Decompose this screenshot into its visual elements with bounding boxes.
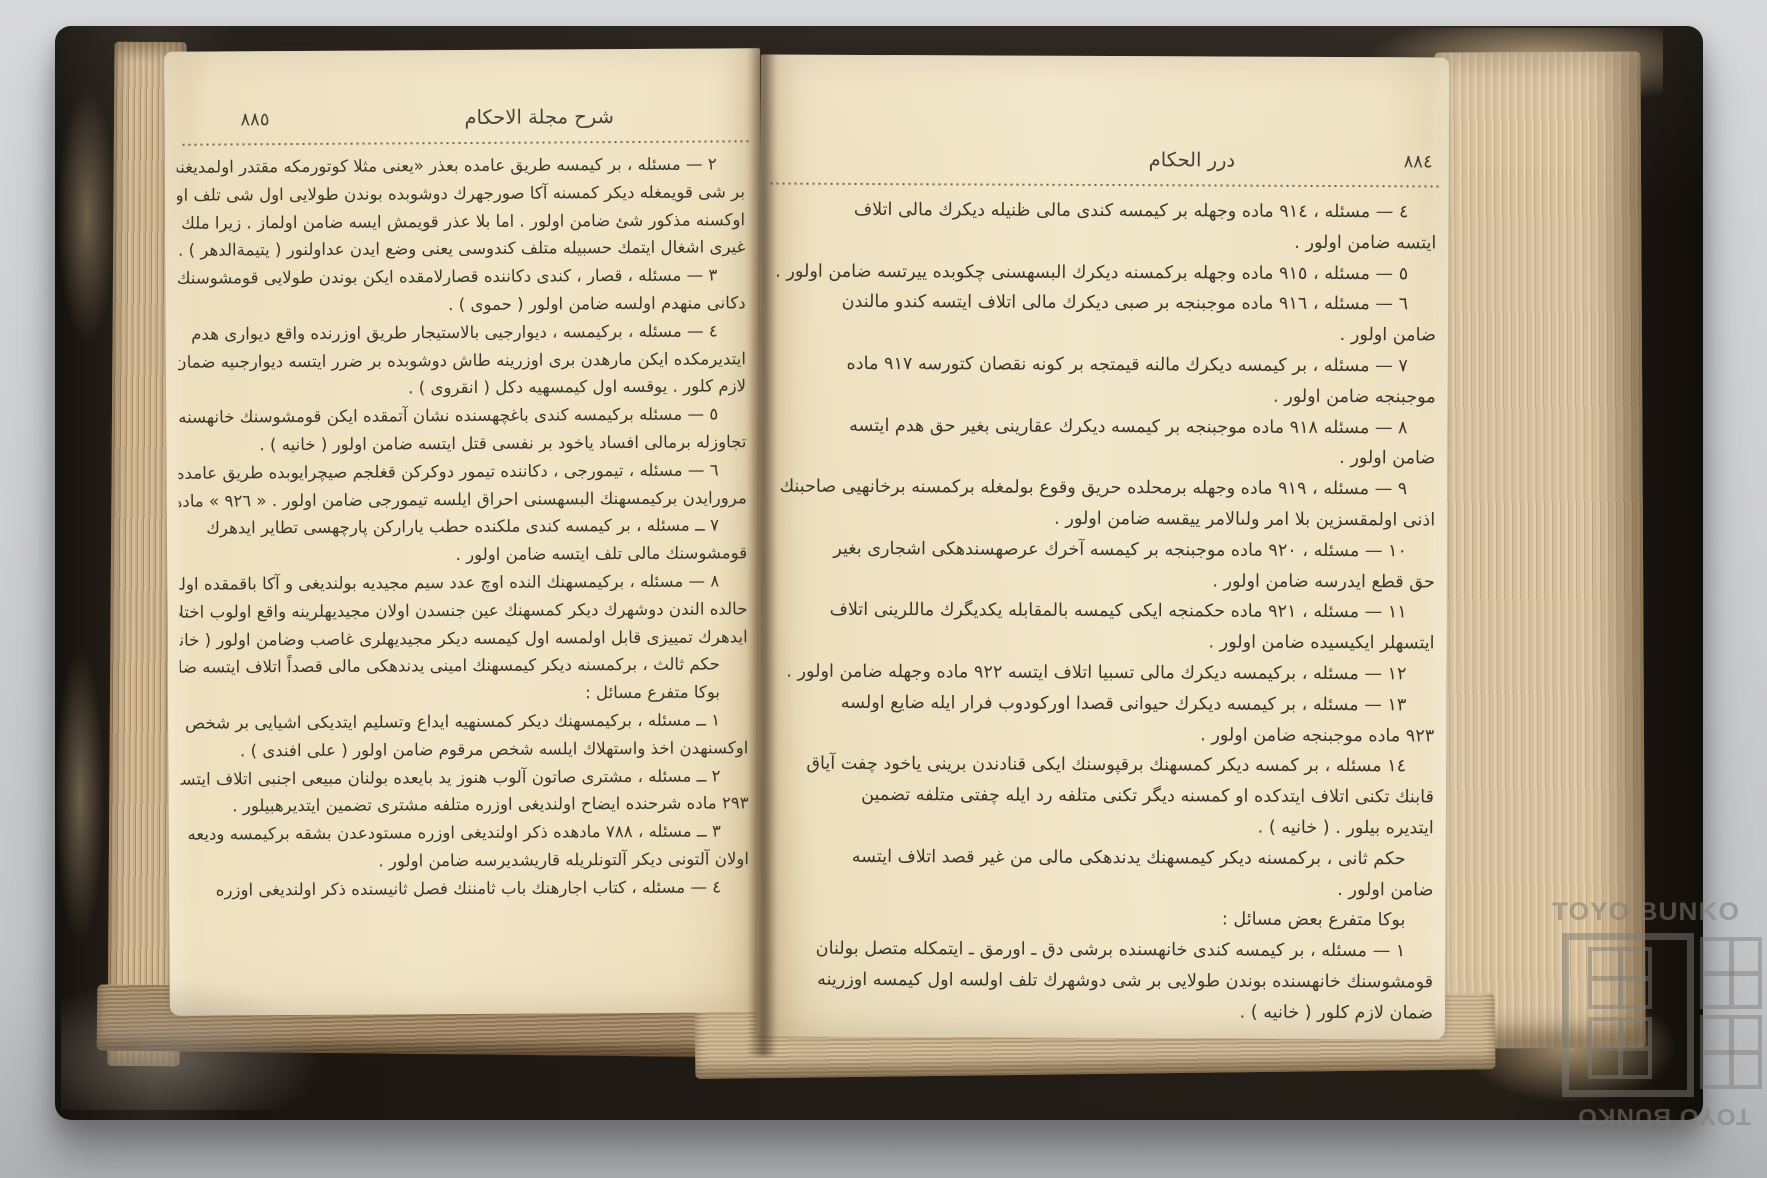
left-page-header: ٨٨٥ شرح مجلة الاحكام [164,104,760,138]
text-line: حق قطع ايدرسه ضامن اولور . [769,564,1435,598]
text-line: حكم ثالث ، بركمسنه ديكر كيمسهنك امينى يد… [180,651,748,682]
text-line: بر شى قويمغله ديكر كمسنه آكا صورجهرك دوش… [177,178,745,209]
left-page-text: ٢ — مسئله ، بر كيمسه طريق عامده بعذر «يع… [177,150,750,904]
text-line: بوكا متفرع بعض مسائل : [767,903,1433,937]
text-line: حكم ثانى ، بركمسنه ديكر كيمسهنك يدندهكى … [768,841,1434,875]
cover-wear-patch [57,86,117,346]
text-line: قومشوسنك مالى تلف ايتسه ضامن اولور . [179,539,747,570]
left-page: ٨٨٥ شرح مجلة الاحكام ٢ — مسئله ، بر كيمس… [164,48,766,1016]
text-line: ٩ — مسئله ، ٩١٩ ماده وجهله برمحلده حريق … [769,472,1435,506]
right-page-text: ٤ — مسئله ، ٩١٤ ماده وجهله بر كيمسه كندى… [767,195,1437,1029]
text-line: لازم كلور . يوقسه اول كيمسهيه دكل ( انقر… [178,373,746,404]
text-line: ضمان لازم كلور ( خانيه ) . [767,995,1433,1029]
text-line: ضامن اولور . [770,318,1436,352]
text-line: ٧ — مسئله ، بر كيمسه ديكرك مالنه قيمتجه … [770,349,1436,383]
right-page: درر الحكام ٨٨٤ ٤ — مسئله ، ٩١٤ ماده وجهل… [757,55,1449,1040]
text-line: ١١ — مسئله ، ٩٢١ ماده حكمنجه ايكى كيمسه … [769,595,1435,629]
text-line: اوكسنه مذكور شئ ضامن اولور . اما بلا عذر… [177,206,745,237]
left-page-title: شرح مجلة الاحكام [464,105,614,129]
text-line: اولان آلتونى ديكر آلتونلريله قاريشديرسه … [181,845,749,876]
header-rule [771,183,1441,188]
seal-glyph [1588,1017,1652,1079]
text-line: حالده الندن دوشهرك ديكر كمسهنك عين جنسدن… [179,595,747,626]
text-line: ٣ — مسئله ، قصار ، كندى دكاننده قصارلامق… [177,261,745,292]
text-line: ٥ — مسئله ، ٩١٥ ماده وجهله بركمسنه ديكرك… [770,256,1436,290]
watermark-text-top: TOYO BUNKO [1552,898,1767,927]
text-line: ايتديرمكده ايكن مارهدن برى اوزرينه طاش د… [178,345,746,376]
text-line: ١ — مسئله ، بر كيمسه كندى خانهسنده برشى … [767,934,1433,968]
text-line: مرورايدن بركيمسهنك البسهسنى احراق ايلسه … [179,484,747,515]
text-line: ايدهرك تمييزى قابل اولمسه اول كيمسه ديكر… [180,623,748,654]
text-line: ٤ — مسئله ، ٩١٤ ماده وجهله بر كيمسه كندى… [770,195,1436,229]
text-line: قومشوسنك خانهسنده بوندن طولايى بر شى دوش… [767,964,1433,998]
text-line: قابنك تكنى اتلاف ايتدكده او كمسنه ديگر ت… [768,780,1434,814]
text-line: ٤ — مسئله ، كتاب اجارهنك باب ثامننك فصل … [181,873,749,904]
text-line: غيرى اشغال ايتمك حسبيله متلف كندوسى يعنى… [177,234,745,265]
text-line: ٨ — مسئله ، بركيمسهنك النده اوچ عدد سيم … [179,567,747,598]
text-line: اوكسنهدن اخذ واستهلاك ايلسه شخص مرقوم ضا… [180,734,748,765]
right-page-header: درر الحكام ٨٨٤ [761,147,1449,180]
right-page-title: درر الحكام [1149,148,1236,171]
text-line: اذنى اولمقسزين بلا امر ولىالامر ييقسه ضا… [769,503,1435,537]
text-line: ٩٢٣ ماده موجبنجه ضامن اولور . [768,718,1434,752]
seal-glyph [1588,947,1652,1009]
text-line: ٨ — مسئله ٩١٨ ماده موجبنجه بر كيمسه ديكر… [769,410,1435,444]
header-rule [183,140,749,145]
text-line: ٦ — مسئله ، تيمورجى ، دكاننده تيمور دوكر… [179,456,747,487]
text-line: ٢٩٣ ماده شرحنده ايضاح اولنديغى اوزره متل… [181,790,749,821]
right-page-number: ٨٨٤ [1404,151,1433,172]
text-line: دكانى منهدم اولسه ضامن اولور ( حموى ) . [178,289,746,320]
text-line: ايتسهلر ايكيسيده ضامن اولور . [769,626,1435,660]
text-line: ١٠ — مسئله ، ٩٢٠ ماده موجبنجه بر كيمسه آ… [769,533,1435,567]
book: ٨٨٥ شرح مجلة الاحكام ٢ — مسئله ، بر كيمس… [55,26,1703,1120]
text-line: ٧ ــ مسئله ، بر كيمسه كندى ملكنده حطب يا… [179,512,747,543]
text-line: موجبنجه ضامن اولور . [770,379,1436,413]
watermark-text-bottom: TOYO BUNKO [1547,1103,1751,1130]
library-seal-stamp [1552,933,1762,1091]
seal-glyph [1700,1015,1762,1089]
left-page-number: ٨٨٥ [240,109,269,130]
library-watermark: TOYO BUNKO TOYO BUNKO [1552,898,1767,1158]
text-line: ٢ ــ مسئله ، مشترى صاتون آلوب هنوز يد با… [180,762,748,793]
text-line: ١٣ — مسئله ، بر كيمسه ديكرك حيوانى قصدا … [768,687,1434,721]
text-line: ايتسه ضامن اولور . [770,225,1436,259]
text-line: ٣ ــ مسئله ، ٧٨٨ مادهده ذكر اولنديغى اوز… [181,817,749,848]
text-line: تجاوزله برمالى افساد ياخود بر نفسى قتل ا… [178,428,746,459]
book-gutter-shadow [747,44,777,1056]
text-line: ضامن اولور . [769,441,1435,475]
text-line: ١٤ مسئله ، بر كمسه ديكر كمسهنك برقپوسنك … [768,749,1434,783]
photo-backdrop: ٨٨٥ شرح مجلة الاحكام ٢ — مسئله ، بر كيمس… [0,0,1767,1178]
text-line: ٦ — مسئله ، ٩١٦ ماده موجبنجه بر صبى ديكر… [770,287,1436,321]
text-line: ٤ — مسئله ، بركيمسه ، ديوارجيى بالاستيجا… [178,317,746,348]
text-line: ١ ــ مسئله ، بركيمسهنك ديكر كمسنهيه ايدا… [180,706,748,737]
text-line: بوكا متفرع مسائل : [180,678,748,709]
text-line: ايتديره بيلور . ( خانيه ) . [768,810,1434,844]
text-line: ضامن اولور . [767,872,1433,906]
text-line: ١٢ — مسئله ، بركيمسه ديكرك مالى تسبيا ات… [768,656,1434,690]
text-line: ٥ — مسئله بركيمسه كندى باغچهسنده نشان آت… [178,400,746,431]
seal-glyph [1700,937,1762,1009]
cover-wear-patch [55,646,105,946]
text-line: ٢ — مسئله ، بر كيمسه طريق عامده بعذر «يع… [177,150,745,181]
